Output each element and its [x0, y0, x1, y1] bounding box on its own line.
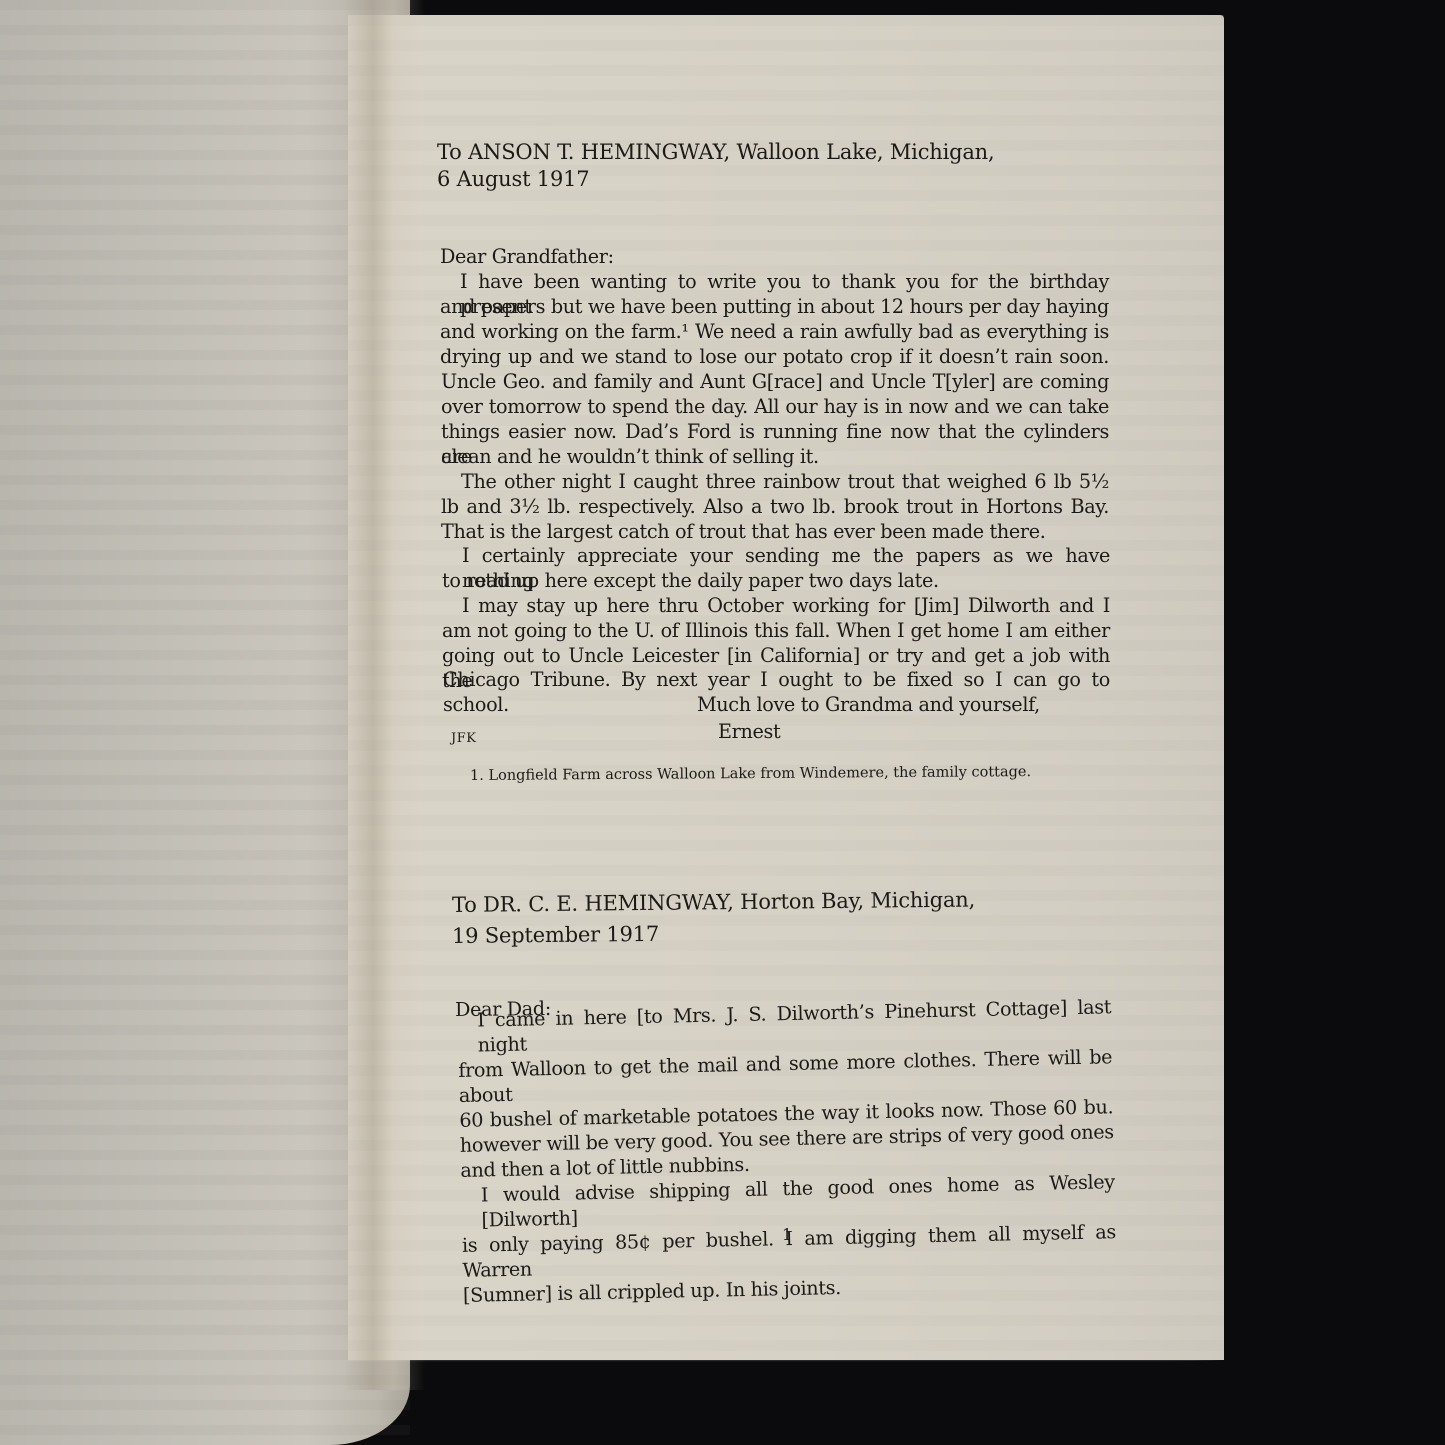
book-photo: To ANSON T. HEMINGWAY, Walloon Lake, Mic… [0, 0, 1445, 1445]
letter-signature: Ernest [718, 719, 780, 744]
letter-line: lb and 3½ lb. respectively. Also a two l… [441, 494, 1109, 519]
letter-line: am not going to the U. of Illinois this … [442, 618, 1110, 643]
letter-source-code: JFK [451, 731, 476, 746]
letter-line: drying up and we stand to lose our potat… [440, 344, 1109, 369]
letter-line: and papers but we have been putting in a… [440, 294, 1109, 319]
letter-heading-date: 19 September 1917 [452, 921, 659, 949]
letter-salutation: Dear Grandfather: [440, 244, 614, 269]
letter-closing: Much love to Grandma and yourself, [697, 692, 1040, 717]
letter-line: The other night I caught three rainbow t… [461, 469, 1109, 494]
letter-heading-recipient: To ANSON T. HEMINGWAY, Walloon Lake, Mic… [437, 139, 994, 165]
letter-line: and working on the farm.¹ We need a rain… [440, 319, 1109, 344]
letter-line: I may stay up here thru October working … [462, 593, 1110, 618]
letter-line: Uncle Geo. and family and Aunt G[race] a… [441, 369, 1109, 394]
letter-heading-date: 6 August 1917 [437, 166, 589, 192]
letter-2-body: I came in here [to Mrs. J. S. Dilworth’s… [455, 994, 1121, 1308]
letter-line: clean and he wouldn’t think of selling i… [441, 444, 819, 469]
book-gutter-shadow [345, 0, 425, 1390]
letter-heading-recipient: To DR. C. E. HEMINGWAY, Horton Bay, Mich… [452, 887, 975, 918]
letter-line: over tomorrow to spend the day. All our … [441, 394, 1109, 419]
page-number: 1 [782, 1225, 792, 1244]
letter-line: That is the largest catch of trout that … [441, 519, 1046, 544]
letter-line: to read up here except the daily paper t… [442, 568, 939, 593]
